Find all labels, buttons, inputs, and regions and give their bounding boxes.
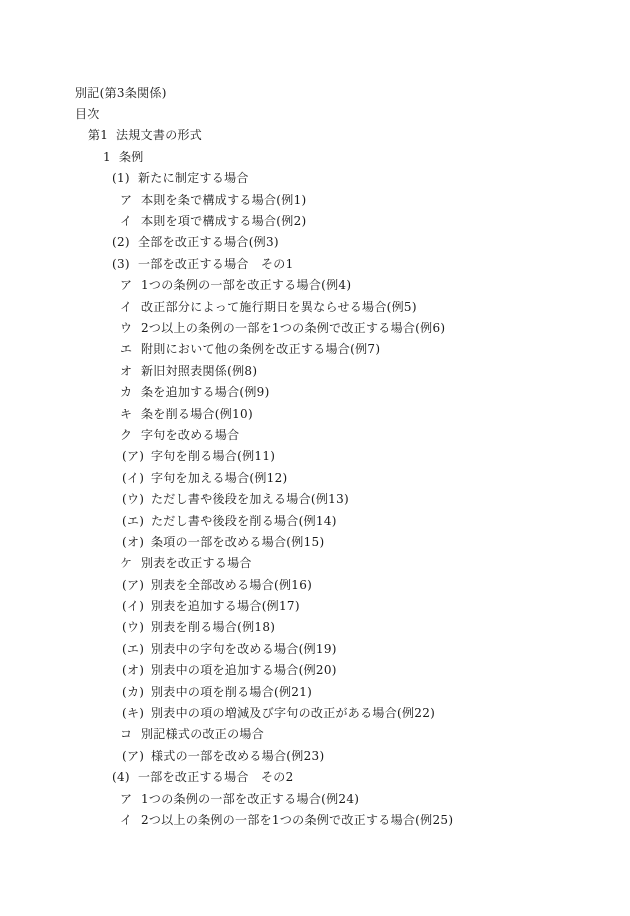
- toc-item: イ 2つ以上の条例の一部を1つの条例で改正する場合(例25): [75, 809, 620, 830]
- toc-item-label: (2): [112, 236, 138, 248]
- toc-item-text: 別表中の項を削る場合(例21): [151, 686, 312, 698]
- toc-item: (ア) 字句を削る場合(例11): [75, 446, 620, 467]
- toc-item: (1) 新たに制定する場合: [75, 168, 620, 189]
- toc-item-text: 条項の一部を改める場合(例15): [151, 536, 324, 548]
- toc-item: (カ) 別表中の項を削る場合(例21): [75, 681, 620, 702]
- toc-item-label: (ウ): [122, 493, 151, 505]
- toc-item-label: (ア): [122, 579, 151, 591]
- toc-item: オ 新旧対照表関係(例8): [75, 360, 620, 381]
- toc-item-label: ケ: [120, 557, 141, 569]
- toc-item-text: 別表を全部改める場合(例16): [151, 579, 312, 591]
- toc-item: (オ) 別表中の項を追加する場合(例20): [75, 660, 620, 681]
- toc-item-text: 2つ以上の条例の一部を1つの条例で改正する場合(例6): [141, 322, 445, 334]
- toc-item-text: ただし書や後段を加える場合(例13): [151, 493, 349, 505]
- toc-item-label: カ: [120, 386, 141, 398]
- toc-item-label: (1): [112, 172, 138, 184]
- toc-item-label: イ: [120, 215, 141, 227]
- toc-item: (3) 一部を改正する場合 その1: [75, 253, 620, 274]
- toc-item-label: (3): [112, 258, 138, 270]
- toc-item-text: 字句を削る場合(例11): [151, 450, 275, 462]
- toc-item-text: 別表を改正する場合: [141, 557, 252, 569]
- toc-item: ウ 2つ以上の条例の一部を1つの条例で改正する場合(例6): [75, 317, 620, 338]
- toc-item-label: (イ): [122, 600, 151, 612]
- toc-item-label: (ウ): [122, 621, 151, 633]
- toc-item-text: 1つの条例の一部を改正する場合(例24): [141, 793, 359, 805]
- toc-item-label: (エ): [122, 643, 151, 655]
- toc-item-label: 第1: [88, 129, 116, 141]
- toc-item-text: 別表中の項の増減及び字句の改正がある場合(例22): [151, 707, 435, 719]
- toc-item: カ 条を追加する場合(例9): [75, 381, 620, 402]
- toc-item-text: 別表中の字句を改める場合(例19): [151, 643, 337, 655]
- toc-item: (4) 一部を改正する場合 その2: [75, 767, 620, 788]
- toc-item-label: (4): [112, 771, 138, 783]
- toc-item: ア 1つの条例の一部を改正する場合(例4): [75, 275, 620, 296]
- toc-item: ケ 別表を改正する場合: [75, 553, 620, 574]
- toc-item-label: キ: [120, 408, 141, 420]
- toc-item: エ 附則において他の条例を改正する場合(例7): [75, 339, 620, 360]
- toc-item: (エ) 別表中の字句を改める場合(例19): [75, 638, 620, 659]
- toc-item-text: 別表を削る場合(例18): [151, 621, 275, 633]
- toc-item-text: 字句を加える場合(例12): [151, 472, 288, 484]
- toc-item: (イ) 別表を追加する場合(例17): [75, 595, 620, 616]
- toc-item-label: ア: [120, 279, 141, 291]
- toc-item-label: ウ: [120, 322, 141, 334]
- toc-item-text: 字句を改める場合: [141, 429, 239, 441]
- toc-item-text: 別表を追加する場合(例17): [151, 600, 300, 612]
- toc-item-text: 全部を改正する場合(例3): [138, 236, 279, 248]
- toc-item-label: (ア): [122, 450, 151, 462]
- toc-item-text: 新旧対照表関係(例8): [141, 365, 257, 377]
- attachment-heading: 別記(第3条関係): [75, 82, 620, 103]
- toc-item-text: 1つの条例の一部を改正する場合(例4): [141, 279, 351, 291]
- toc-item: (イ) 字句を加える場合(例12): [75, 467, 620, 488]
- toc-item-label: ア: [120, 194, 141, 206]
- document-page: 別記(第3条関係) 目次 第1 法規文書の形式 1 条例 (1) 新たに制定する…: [0, 0, 630, 916]
- toc-item-text: 改正部分によって施行期日を異ならせる場合(例5): [141, 301, 417, 313]
- toc-item: (オ) 条項の一部を改める場合(例15): [75, 531, 620, 552]
- toc-item: (ア) 別表を全部改める場合(例16): [75, 574, 620, 595]
- toc-item-text: 附則において他の条例を改正する場合(例7): [141, 343, 380, 355]
- toc-item: イ 本則を項で構成する場合(例2): [75, 210, 620, 231]
- toc-item-label: (エ): [122, 515, 151, 527]
- toc-item: (2) 全部を改正する場合(例3): [75, 232, 620, 253]
- toc-item-label: 1: [103, 151, 119, 163]
- toc-item-text: 条を追加する場合(例9): [141, 386, 270, 398]
- toc-item: (ア) 様式の一部を改める場合(例23): [75, 745, 620, 766]
- toc-item: 1 条例: [75, 146, 620, 167]
- toc-item: (エ) ただし書や後段を削る場合(例14): [75, 510, 620, 531]
- toc-item-label: (カ): [122, 686, 151, 698]
- toc-item-label: ク: [120, 429, 141, 441]
- toc-item-text: 法規文書の形式: [116, 129, 202, 141]
- toc-item-label: イ: [120, 301, 141, 313]
- toc-item-label: (オ): [122, 664, 151, 676]
- toc-item-label: (イ): [122, 472, 151, 484]
- toc-item: (キ) 別表中の項の増減及び字句の改正がある場合(例22): [75, 702, 620, 723]
- toc-item-label: オ: [120, 365, 141, 377]
- toc-item-text: 別記様式の改正の場合: [141, 728, 264, 740]
- toc-item: ア 1つの条例の一部を改正する場合(例24): [75, 788, 620, 809]
- toc-item: ク 字句を改める場合: [75, 424, 620, 445]
- toc-item-label: ア: [120, 793, 141, 805]
- toc-title: 目次: [75, 103, 620, 124]
- toc-item-label: イ: [120, 814, 141, 826]
- toc-item-label: (ア): [122, 750, 151, 762]
- toc-item-text: 一部を改正する場合 その2: [138, 771, 294, 783]
- toc-item: ア 本則を条で構成する場合(例1): [75, 189, 620, 210]
- toc-item-label: (オ): [122, 536, 151, 548]
- toc-item-text: 条例: [119, 151, 144, 163]
- toc-item-text: 様式の一部を改める場合(例23): [151, 750, 324, 762]
- toc-item-text: 2つ以上の条例の一部を1つの条例で改正する場合(例25): [141, 814, 453, 826]
- toc-item-text: 条を削る場合(例10): [141, 408, 253, 420]
- toc-item-text: ただし書や後段を削る場合(例14): [151, 515, 337, 527]
- toc-item-label: エ: [120, 343, 141, 355]
- toc-item: 第1 法規文書の形式: [75, 125, 620, 146]
- toc-item: (ウ) ただし書や後段を加える場合(例13): [75, 488, 620, 509]
- toc-item-text: 別表中の項を追加する場合(例20): [151, 664, 337, 676]
- toc-item-text: 一部を改正する場合 その1: [138, 258, 294, 270]
- toc-item: (ウ) 別表を削る場合(例18): [75, 617, 620, 638]
- toc-item-text: 本則を条で構成する場合(例1): [141, 194, 307, 206]
- toc-item: コ 別記様式の改正の場合: [75, 724, 620, 745]
- toc-item: イ 改正部分によって施行期日を異ならせる場合(例5): [75, 296, 620, 317]
- toc-item-label: (キ): [122, 707, 151, 719]
- toc-list: 第1 法規文書の形式 1 条例 (1) 新たに制定する場合 ア 本則を条で構成す…: [75, 125, 620, 831]
- toc-item-text: 本則を項で構成する場合(例2): [141, 215, 307, 227]
- toc-item-label: コ: [120, 728, 141, 740]
- toc-item-text: 新たに制定する場合: [138, 172, 249, 184]
- toc-item: キ 条を削る場合(例10): [75, 403, 620, 424]
